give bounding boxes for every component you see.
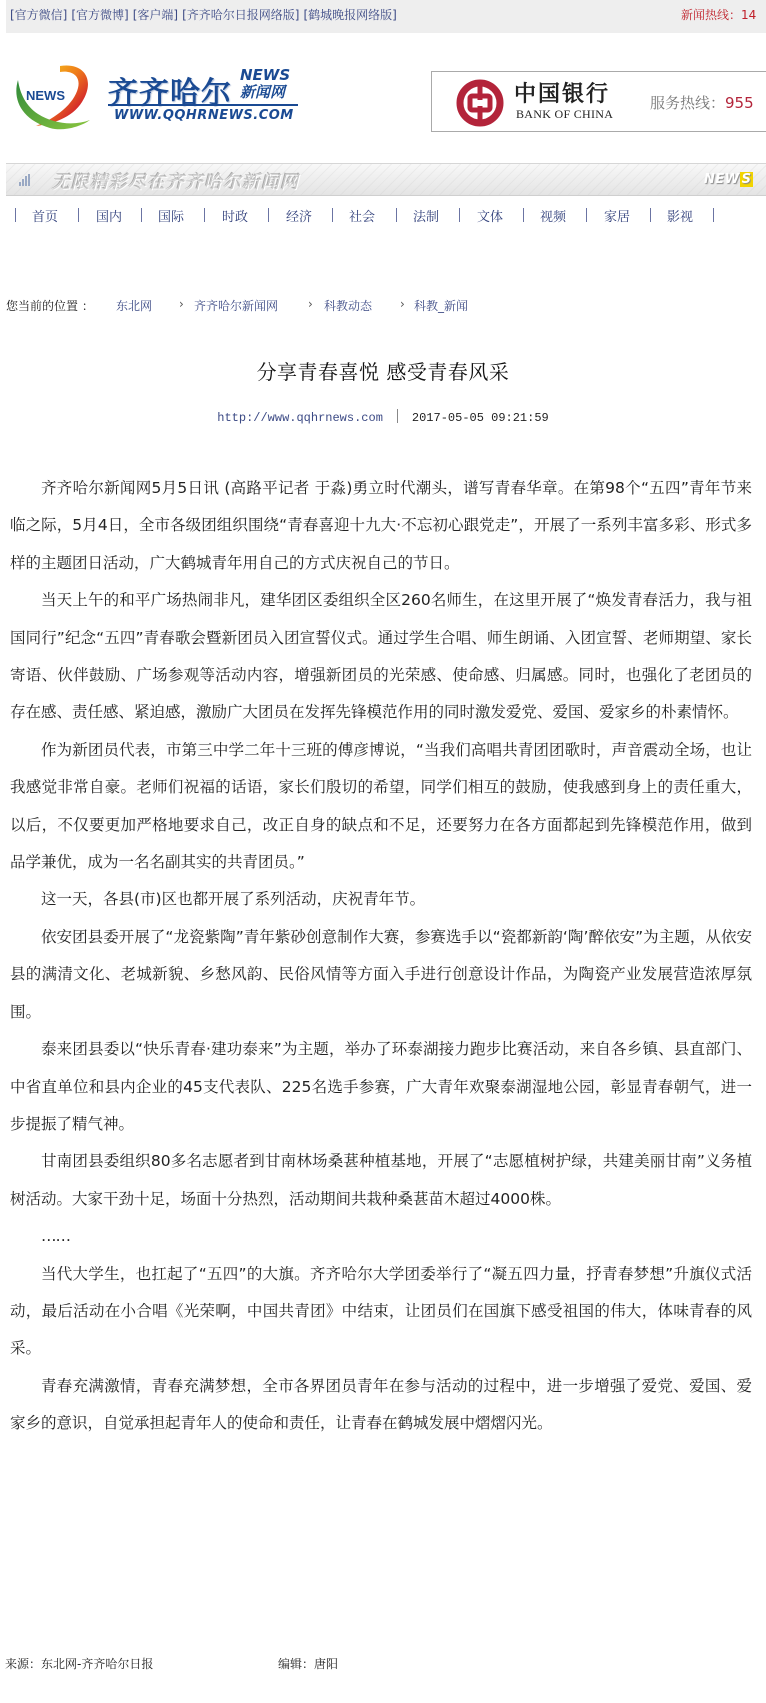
nav-divider	[713, 208, 714, 222]
nav-divider	[523, 208, 524, 222]
article-source: 来源：东北网-齐齐哈尔日报	[5, 1657, 153, 1671]
nav-divider	[15, 208, 16, 222]
bank-name-cn: 中国银行	[514, 77, 610, 108]
nav-divider	[396, 208, 397, 222]
article-paragraph: 齐齐哈尔新闻网5月5日讯 (高路平记者 于淼)勇立时代潮头，谱写青春华章。在第9…	[10, 470, 752, 582]
breadcrumb-item-science-edu[interactable]: 科教动态	[324, 297, 372, 314]
article-ellipsis: ……	[10, 1218, 752, 1255]
article-paragraph: 甘南团县委组织80多名志愿者到甘南林场桑葚种植基地，开展了“志愿植树护绿，共建美…	[10, 1143, 752, 1218]
bank-hotline: 服务热线：955	[650, 92, 754, 113]
nav-item-home[interactable]: 首页	[32, 206, 58, 225]
nav-divider	[204, 208, 205, 222]
nav-divider	[586, 208, 587, 222]
logo-url: WWW.QQHRNEWS.COM	[114, 108, 294, 123]
link-qiqihar-daily[interactable]: [齐齐哈尔日报网络版]	[182, 8, 299, 22]
article-paragraph: 青春充满激情，青春充满梦想，全市各界团员青年在参与活动的过程中，进一步增强了爱党…	[10, 1368, 752, 1443]
article-footer: 来源：东北网-齐齐哈尔日报 编辑：唐阳	[5, 1655, 153, 1672]
breadcrumb-item-science-edu-news[interactable]: 科教_新闻	[414, 297, 468, 314]
bank-name-en: BANK OF CHINA	[516, 107, 613, 122]
nav-item-film[interactable]: 影视	[667, 206, 693, 225]
link-official-wechat[interactable]: [官方微信]	[10, 8, 67, 22]
nav-divider	[268, 208, 269, 222]
news-badge-prefix: NEW	[704, 172, 740, 187]
meta-divider	[397, 409, 398, 423]
article-paragraph: 泰来团县委以“快乐青春·建功泰来”为主题，举办了环泰湖接力跑步比赛活动，来自各乡…	[10, 1031, 752, 1143]
slogan-banner: 无限精彩尽在齐齐哈尔新闻网 NEWS	[6, 163, 766, 196]
nav-divider	[332, 208, 333, 222]
chevron-right-icon: ›	[308, 297, 313, 311]
breadcrumb: 您当前的位置 ： 东北网 › 齐齐哈尔新闻网 › 科教动态 › 科教_新闻	[6, 297, 94, 314]
news-badge: NEWS	[704, 172, 753, 187]
site-logo[interactable]: NEWS 齐齐哈尔 NEWS 新闻网 WWW.QQHRNEWS.COM	[8, 58, 288, 136]
nav-item-home-living[interactable]: 家居	[604, 206, 630, 225]
article-body: 齐齐哈尔新闻网5月5日讯 (高路平记者 于淼)勇立时代潮头，谱写青春华章。在第9…	[10, 470, 752, 1443]
article-paragraph: 这一天，各县(市)区也都开展了系列活动，庆祝青年节。	[10, 881, 752, 918]
nav-item-law[interactable]: 法制	[413, 206, 439, 225]
article-editor: 编辑：唐阳	[278, 1655, 338, 1672]
link-hecheng-evening[interactable]: [鹤城晚报网络版]	[304, 8, 397, 22]
svg-text:NEWS: NEWS	[26, 88, 65, 103]
nav-divider	[78, 208, 79, 222]
bank-hotline-label: 服务热线：	[650, 94, 725, 112]
nav-divider	[459, 208, 460, 222]
site-header: NEWS 齐齐哈尔 NEWS 新闻网 WWW.QQHRNEWS.COM 中国银行…	[0, 40, 766, 145]
article-source-url[interactable]: http://www.qqhrnews.com	[217, 411, 383, 425]
news-emblem-icon: NEWS	[12, 60, 94, 132]
logo-news-cn: 新闻网	[240, 84, 285, 100]
link-official-weibo[interactable]: [官方微博]	[71, 8, 128, 22]
nav-divider	[141, 208, 142, 222]
article-paragraph: 依安团县委开展了“龙瓷紫陶”青年紫砂创意制作大赛，参赛选手以“瓷都新韵‘陶’醉依…	[10, 919, 752, 1031]
chevron-right-icon: ›	[400, 297, 405, 311]
top-bar: [官方微信][官方微博][客户端][齐齐哈尔日报网络版][鹤城晚报网络版] 新闻…	[6, 0, 766, 33]
logo-divider	[108, 104, 298, 106]
bank-of-china-ad[interactable]: 中国银行 BANK OF CHINA 服务热线：955	[431, 71, 766, 132]
article-datetime: 2017-05-05 09:21:59	[412, 411, 549, 425]
article-paragraph: 作为新团员代表，市第三中学二年十三班的傅彦博说，“当我们高唱共青团团歌时，声音震…	[10, 732, 752, 882]
news-badge-suffix: S	[740, 172, 754, 187]
link-client-app[interactable]: [客户端]	[133, 8, 178, 22]
nav-item-politics[interactable]: 时政	[222, 206, 248, 225]
breadcrumb-item-dbw[interactable]: 东北网	[116, 297, 152, 314]
top-links: [官方微信][官方微博][客户端][齐齐哈尔日报网络版][鹤城晚报网络版]	[10, 0, 401, 30]
main-nav: 首页 国内 国际 时政 经济 社会 法制 文体 视频 家居 影视	[10, 205, 766, 229]
article-paragraph: 当代大学生，也扛起了“五四”的大旗。齐齐哈尔大学团委举行了“凝五四力量，抒青春梦…	[10, 1256, 752, 1368]
breadcrumb-item-qqhr-news[interactable]: 齐齐哈尔新闻网	[194, 297, 278, 314]
article-paragraph: 当天上午的和平广场热闹非凡，建华团区委组织全区260名师生，在这里开展了“焕发青…	[10, 582, 752, 732]
nav-item-domestic[interactable]: 国内	[96, 206, 122, 225]
slogan-text: 无限精彩尽在齐齐哈尔新闻网	[52, 168, 299, 194]
nav-divider	[650, 208, 651, 222]
bank-hotline-number: 955	[725, 94, 754, 112]
signal-bars-icon	[19, 174, 29, 186]
nav-item-society[interactable]: 社会	[349, 206, 375, 225]
breadcrumb-label: 您当前的位置 ：	[6, 299, 94, 313]
nav-item-economy[interactable]: 经济	[286, 206, 312, 225]
chevron-right-icon: ›	[179, 297, 184, 311]
bank-of-china-logo-icon	[456, 79, 504, 127]
logo-news-en: NEWS	[240, 68, 290, 83]
article-title: 分享青春喜悦 感受青春风采	[0, 356, 766, 385]
nav-item-video[interactable]: 视频	[540, 206, 566, 225]
news-hotline: 新闻热线：14	[681, 0, 756, 30]
article-meta: http://www.qqhrnews.com2017-05-05 09:21:…	[0, 409, 766, 425]
nav-item-international[interactable]: 国际	[158, 206, 184, 225]
nav-item-culture-sports[interactable]: 文体	[477, 206, 503, 225]
